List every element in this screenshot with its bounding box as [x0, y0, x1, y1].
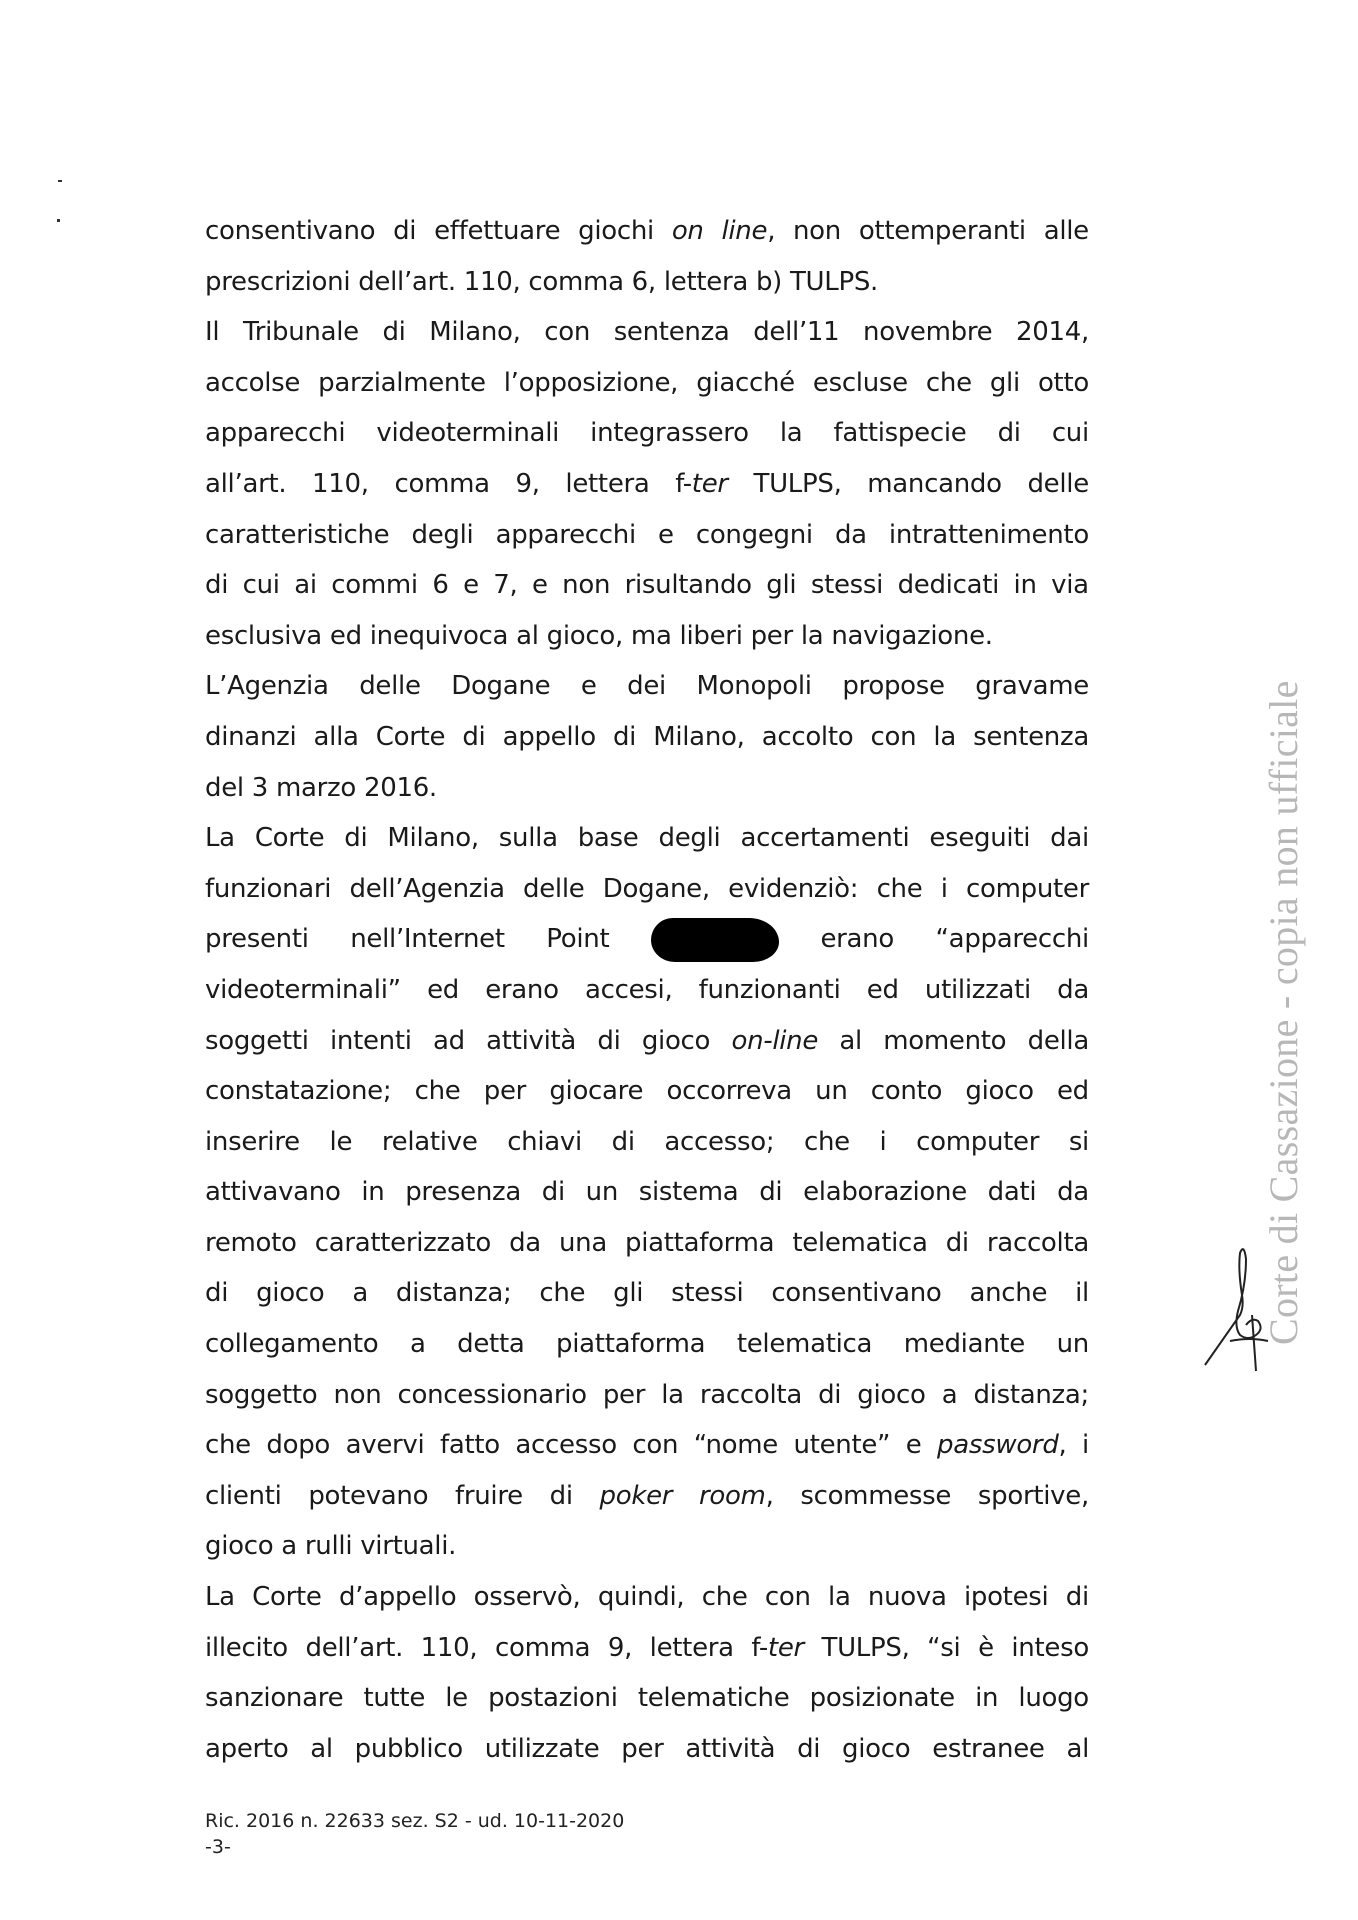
text-line: remotocaratterizzatodaunapiattaformatele… [205, 1218, 1089, 1269]
text-line: all’art.110,comma9,letteraf-terTULPS,man… [205, 459, 1089, 510]
text-line: apparecchivideoterminaliintegrasserolafa… [205, 408, 1089, 459]
text-line: gioco a rulli virtuali. [205, 1521, 1089, 1572]
text-line: attivavanoinpresenzadiunsistemadielabora… [205, 1167, 1089, 1218]
redaction-mark [651, 918, 779, 962]
text-line: del 3 marzo 2016. [205, 763, 1089, 814]
text-line: soggettononconcessionarioperlaraccoltadi… [205, 1370, 1089, 1421]
page-footer: Ric. 2016 n. 22633 sez. S2 - ud. 10-11-2… [205, 1808, 624, 1860]
text-line: L’AgenziadelleDoganeedeiMonopoliproposeg… [205, 661, 1089, 712]
text-line: consentivanodieffettuaregiochionline,non… [205, 206, 1089, 257]
text-line: LaCortediMilano,sullabasedegliaccertamen… [205, 813, 1089, 864]
document-page: consentivanodieffettuaregiochionline,non… [0, 0, 1358, 1920]
text-line: constatazione;chepergiocareoccorrevaunco… [205, 1066, 1089, 1117]
text-line: chedopoavervifattoaccessocon“nomeutente”… [205, 1420, 1089, 1471]
case-reference: Ric. 2016 n. 22633 sez. S2 - ud. 10-11-2… [205, 1808, 624, 1834]
text-line: digiocoadistanza;cheglistessiconsentivan… [205, 1268, 1089, 1319]
text-line: collegamentoadettapiattaformatelematicam… [205, 1319, 1089, 1370]
text-line: presentinell’InternetPointerano“apparecc… [205, 914, 1089, 965]
scan-speck [57, 219, 60, 222]
text-line: dinanziallaCortediappellodiMilano,accolt… [205, 712, 1089, 763]
scan-speck [58, 180, 62, 182]
text-line: clientipotevanofruiredipokerroom,scommes… [205, 1471, 1089, 1522]
text-line: soggettiintentiadattivitàdigiocoon-linea… [205, 1016, 1089, 1067]
text-line: esclusiva ed inequivoca al gioco, ma lib… [205, 611, 1089, 662]
page-number: -3- [205, 1834, 624, 1860]
text-line: dicuiaicommi6e7,enonrisultandoglistessid… [205, 560, 1089, 611]
text-line: caratteristichedegliapparecchiecongegnid… [205, 510, 1089, 561]
text-line: sanzionaretuttelepostazionitelematichepo… [205, 1673, 1089, 1724]
text-line: apertoalpubblicoutilizzateperattivitàdig… [205, 1724, 1089, 1775]
text-line: accolseparzialmentel’opposizione,giacché… [205, 358, 1089, 409]
text-line: illecitodell’art.110,comma9,letteraf-ter… [205, 1623, 1089, 1674]
text-line: LaCorted’appelloosservò,quindi,checonlan… [205, 1572, 1089, 1623]
document-body: consentivanodieffettuaregiochionline,non… [205, 206, 1089, 1774]
text-line: IlTribunalediMilano,consentenzadell’11no… [205, 307, 1089, 358]
text-line: funzionaridell’AgenziadelleDogane,eviden… [205, 864, 1089, 915]
text-line: prescrizioni dell’art. 110, comma 6, let… [205, 257, 1089, 308]
text-line: videoterminali”ederanoaccesi,funzionanti… [205, 965, 1089, 1016]
handwritten-signature-icon [1200, 1245, 1270, 1375]
text-line: inserirelerelativechiavidiaccesso;cheico… [205, 1117, 1089, 1168]
